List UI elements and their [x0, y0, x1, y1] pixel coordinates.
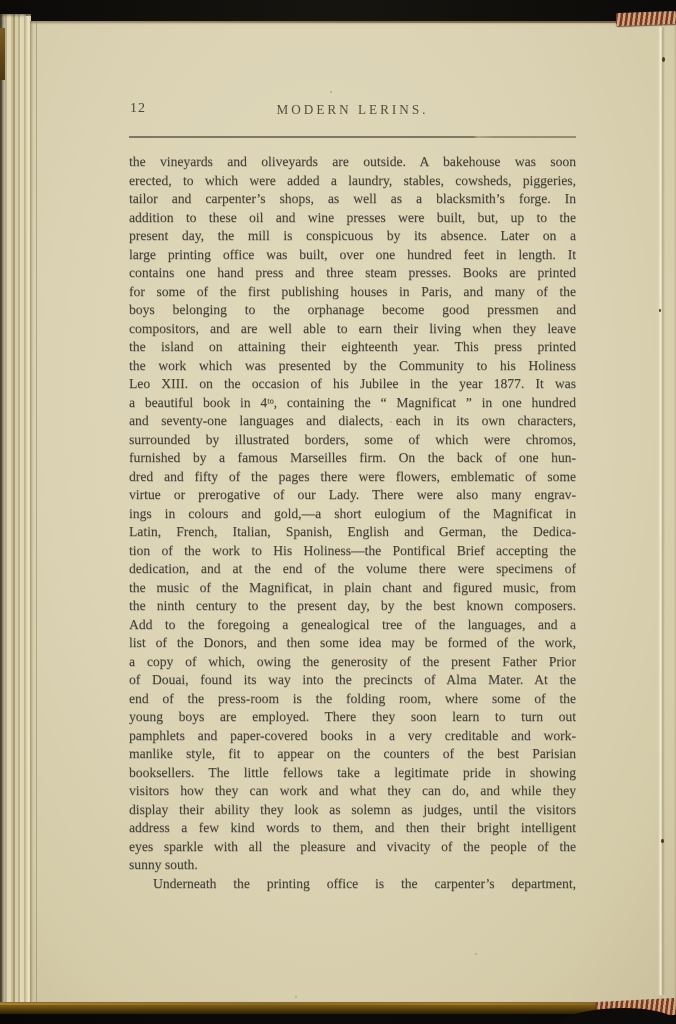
book-page: 12 MODERN LERINS. the vineyards and oliv…	[30, 21, 676, 1003]
running-title: MODERN LERINS.	[129, 102, 576, 118]
text-line: virtue or prerogative of our Lady. There…	[129, 486, 576, 505]
header-rule	[129, 136, 576, 138]
text-line: address a few kind words to them, and th…	[129, 819, 576, 838]
scanned-book-photo: 12 MODERN LERINS. the vineyards and oliv…	[0, 0, 676, 1024]
text-line: addition to these oil and wine presses w…	[129, 209, 576, 228]
text-line: ings in colours and gold,—a short eulogi…	[129, 505, 576, 524]
text-line: tailor and carpenter’s shops, as well as…	[129, 190, 576, 209]
text-line: the ninth century to the present day, by…	[129, 597, 576, 616]
text-line: young boys are employed. There they soon…	[129, 708, 576, 727]
text-line: a copy of which, owing the generosity of…	[129, 653, 576, 672]
text-line: contains one hand press and three steam …	[129, 264, 576, 283]
headband-top-right	[616, 11, 676, 26]
text-block: the vineyards and oliveyards are outside…	[129, 153, 576, 893]
text-line: a beautiful book in 4ᵗᵒ, containing the …	[129, 394, 576, 413]
text-line: of Douai, found its way into the precinc…	[129, 671, 576, 690]
text-line: the island on attaining their eighteenth…	[129, 338, 576, 357]
text-line: tion of the work to His Holiness—the Pon…	[129, 542, 576, 561]
text-line: and seventy-one languages and dialects, …	[129, 412, 576, 431]
cover-edge-left	[0, 28, 5, 80]
text-line: Add to the foregoing a genealogical tree…	[129, 616, 576, 635]
text-line: large printing office was built, over on…	[129, 246, 576, 265]
paper-speck	[659, 309, 661, 312]
text-line: present day, the mill is conspicuous by …	[129, 227, 576, 246]
text-line: boys belonging to the orphanage become g…	[129, 301, 576, 320]
text-line: display their ability they look as solem…	[129, 801, 576, 820]
text-line: the music of the Magnificat, in plain ch…	[129, 579, 576, 598]
text-line: compositors, and are well able to earn t…	[129, 320, 576, 339]
text-line: furnished by a famous Marseilles firm. O…	[129, 449, 576, 468]
text-line: pamphlets and paper-covered books in a v…	[129, 727, 576, 746]
text-line: end of the press-room is the folding roo…	[129, 690, 576, 709]
text-line: surrounded by illustrated borders, some …	[129, 431, 576, 450]
text-line: dred and fifty of the pages there were f…	[129, 468, 576, 487]
text-line: dedication, and at the end of the volume…	[129, 560, 576, 579]
text-line: list of the Donors, and then some idea m…	[129, 634, 576, 653]
text-line: the work which was presented by the Comm…	[129, 357, 576, 376]
text-line: sunny south.	[129, 856, 576, 875]
text-line: the vineyards and oliveyards are outside…	[129, 153, 576, 172]
text-line: visitors how they can work and what they…	[129, 782, 576, 801]
text-line: eyes sparkle with all the pleasure and v…	[129, 838, 576, 857]
text-line: for some of the first publishing houses …	[129, 283, 576, 302]
text-line: Latin, French, Italian, Spanish, English…	[129, 523, 576, 542]
paper-speck	[661, 839, 664, 843]
paper-speck	[662, 57, 665, 62]
page-fold-crease	[658, 27, 665, 995]
text-line: Underneath the printing office is the ca…	[129, 875, 576, 894]
text-line: erected, to which were added a laundry, …	[129, 172, 576, 191]
text-line: booksellers. The little fellows take a l…	[129, 764, 576, 783]
cover-edge-gilt-line	[0, 1003, 676, 1005]
text-line: Leo XIII. on the occasion of his Jubilee…	[129, 375, 576, 394]
text-line: manlike style, fit to appear on the coun…	[129, 745, 576, 764]
paper-dust	[330, 91, 332, 93]
